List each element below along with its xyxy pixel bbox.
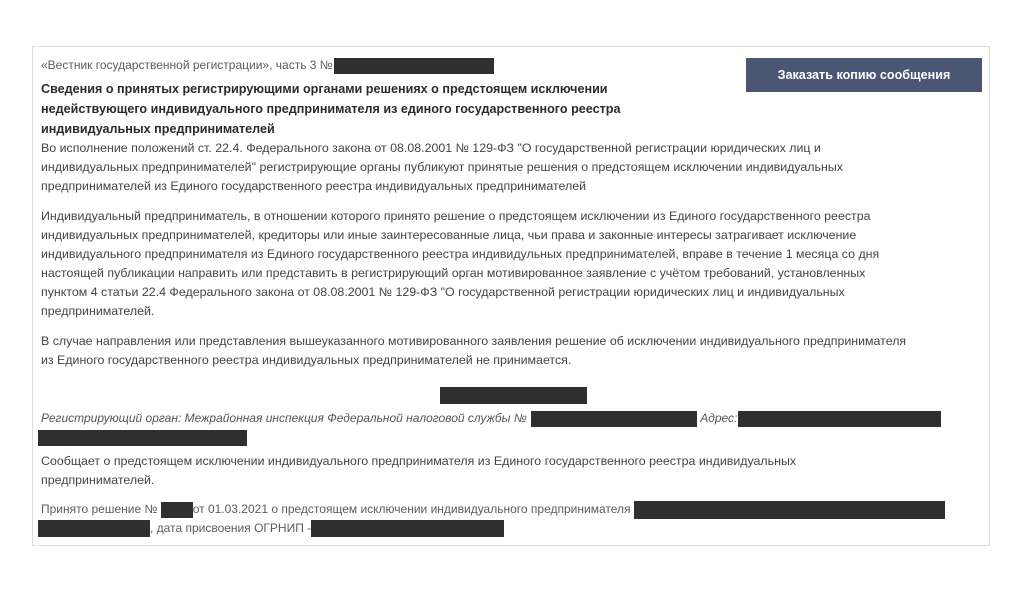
redacted-entrepreneur-name <box>634 501 945 519</box>
registry-organ-line: Регистрирующий орган: Межрайонная инспек… <box>41 409 941 428</box>
p2-line-4: настоящей публикации направить или предс… <box>41 264 865 283</box>
p1-line-1: Во исполнение положений ст. 22.4. Федера… <box>41 139 821 158</box>
redacted-name-continued <box>38 520 150 537</box>
decision-prefix: Принято решение № <box>41 502 157 516</box>
decision-middle: от 01.03.2021 о предстоящем исключении и… <box>193 502 631 516</box>
p3-line-2: из Единого государственного реестра инди… <box>41 351 571 370</box>
p2-line-6: предпринимателей. <box>41 302 154 321</box>
redacted-address <box>738 411 941 427</box>
notice-line-2: предпринимателей. <box>41 471 154 490</box>
p2-line-1: Индивидуальный предприниматель, в отноше… <box>41 207 871 226</box>
source-label: «Вестник государственной регистрации», ч… <box>41 58 333 72</box>
title-line-3: индивидуальных предпринимателей <box>41 120 275 139</box>
order-copy-button[interactable]: Заказать копию сообщения <box>746 58 982 92</box>
registry-organ-label: Регистрирующий орган: Межрайонная инспек… <box>41 411 527 425</box>
ogrnip-label: , дата присвоения ОГРНИП - <box>150 521 311 535</box>
ogrnip-line: , дата присвоения ОГРНИП - <box>38 519 504 538</box>
p2-line-2: индивидуальных предпринимателей, кредито… <box>41 226 856 245</box>
redacted-decision-number <box>161 502 193 518</box>
p2-line-3: индивидуального предпринимателя из Едино… <box>41 245 879 264</box>
address-label: Адрес: <box>700 411 737 425</box>
redacted-ogrnip <box>311 520 504 537</box>
p3-line-1: В случае направления или представления в… <box>41 332 906 351</box>
decision-line: Принято решение № от 01.03.2021 о предст… <box>41 500 945 519</box>
redacted-address-continued <box>38 430 247 446</box>
redacted-header-block <box>440 387 587 404</box>
redacted-issue-number <box>334 58 494 74</box>
title-line-1: Сведения о принятых регистрирующими орга… <box>41 80 608 99</box>
source-line: «Вестник государственной регистрации», ч… <box>41 56 494 75</box>
title-line-2: недействующего индивидуального предприни… <box>41 100 620 119</box>
notice-line-1: Сообщает о предстоящем исключении индиви… <box>41 452 796 471</box>
p1-line-2: индивидуальных предпринимателей" регистр… <box>41 158 843 177</box>
p1-line-3: предпринимателей из Единого государствен… <box>41 177 586 196</box>
redacted-inspection-number <box>531 411 697 427</box>
p2-line-5: пунктом 4 статьи 22.4 Федерального закон… <box>41 283 845 302</box>
